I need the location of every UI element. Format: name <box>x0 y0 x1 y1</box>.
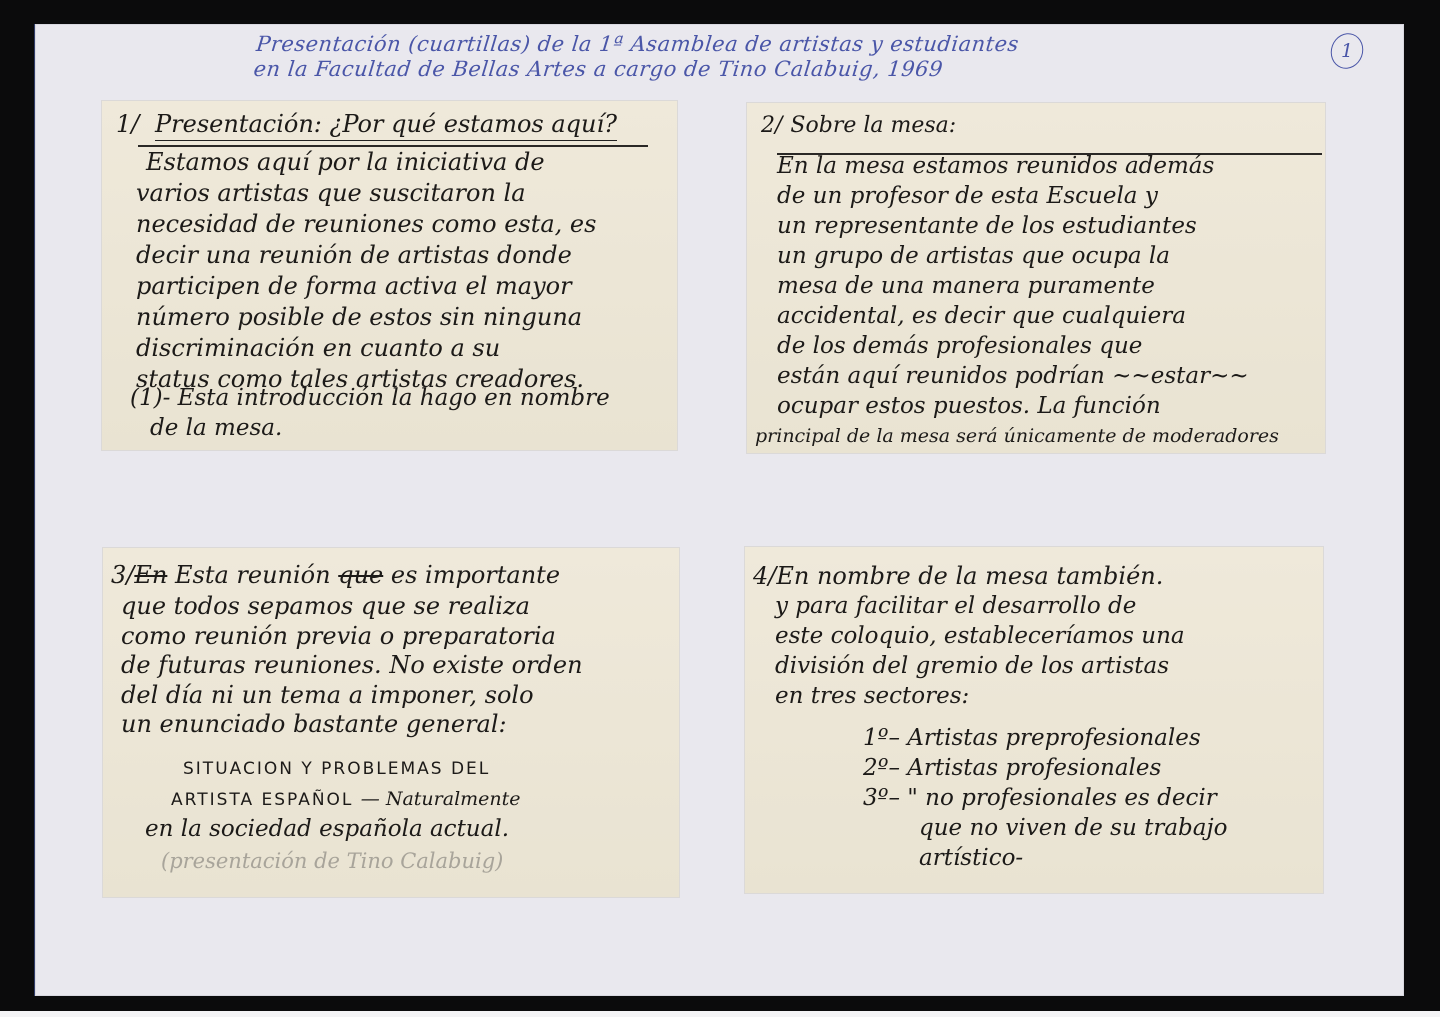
text-line: principal de la mesa será únicamente de … <box>755 421 1313 451</box>
note-card-3: 3/En Esta reunión que es importante que … <box>103 548 679 897</box>
card-footnote: (1)- Esta introducción la hago en nombre… <box>130 383 610 443</box>
card-title-tail: es importante <box>391 561 560 589</box>
archival-page: Presentación (cuartillas) de la 1ª Asamb… <box>35 24 1404 996</box>
theme-line: ARTISTA ESPAÑOL — Naturalmente <box>171 784 521 815</box>
card-heading: 2/Sobre la mesa: <box>761 109 956 143</box>
list-item-continuation: artístico- <box>863 843 1227 873</box>
bottom-edge-strip <box>0 1011 1440 1017</box>
card-number: 3/ <box>111 561 134 589</box>
text-line: de un profesor de esta Escuela y <box>777 181 1313 211</box>
theme-text: ARTISTA ESPAÑOL <box>171 790 353 810</box>
text-line: mesa de una manera puramente <box>777 271 1313 301</box>
text-line: accidental, es decir que cualquiera <box>777 301 1313 331</box>
pencil-annotation: (presentación de Tino Calabuig) <box>161 846 503 876</box>
card-title: Esta reunión <box>175 561 331 589</box>
card-heading: 4/En nombre de la mesa también. <box>753 559 1163 593</box>
card-number: 1/ <box>116 110 139 138</box>
text-line: división del gremio de los artistas <box>775 651 1311 681</box>
theme-tail: — Naturalmente <box>361 788 521 810</box>
card-heading: 1/ Presentación: ¿Por qué estamos aquí? <box>116 107 617 141</box>
text-line: número posible de estos sin ninguna <box>136 302 665 333</box>
card-body: En la mesa estamos reunidos además de un… <box>777 151 1313 451</box>
theme-line: SITUACION Y PROBLEMAS DEL <box>183 754 521 784</box>
text-line: de futuras reuniones. No existe orden <box>121 651 667 681</box>
circled-page-number: 1 <box>1326 29 1368 74</box>
note-card-2: 2/Sobre la mesa: En la mesa estamos reun… <box>747 103 1325 453</box>
text-line: este coloquio, estableceríamos una <box>775 621 1311 651</box>
text-line: discriminación en cuanto a su <box>136 333 665 364</box>
text-line: participen de forma activa el mayor <box>136 271 665 302</box>
text-line: En la mesa estamos reunidos además <box>777 151 1313 181</box>
text-line: y para facilitar el desarrollo de <box>775 591 1311 621</box>
card-title: En nombre de la mesa también. <box>776 562 1163 590</box>
text-line: como reunión previa o preparatoria <box>121 622 667 652</box>
text-line: un representante de los estudiantes <box>777 211 1313 241</box>
card-heading: 3/En Esta reunión que es importante <box>111 558 560 592</box>
header-line-1: Presentación (cuartillas) de la 1ª Asamb… <box>255 32 1238 57</box>
note-card-1: 1/ Presentación: ¿Por qué estamos aquí? … <box>102 101 677 450</box>
sector-list: 1º– Artistas preprofesionales 2º– Artist… <box>863 723 1227 873</box>
list-item: 2º– Artistas profesionales <box>863 753 1227 783</box>
text-line: un enunciado bastante general: <box>121 710 667 740</box>
capitalized-theme: SITUACION Y PROBLEMAS DEL ARTISTA ESPAÑO… <box>183 754 521 815</box>
list-item: 1º– Artistas preprofesionales <box>863 723 1227 753</box>
struck-word: que <box>338 561 383 589</box>
text-line: necesidad de reuniones como esta, es <box>136 209 665 240</box>
card-body: que todos sepamos que se realiza como re… <box>121 592 667 740</box>
header-line-2: en la Facultad de Bellas Artes a cargo d… <box>252 57 1235 82</box>
card-title: Presentación: ¿Por qué estamos aquí? <box>155 110 617 141</box>
card-number: 2/ <box>761 113 782 138</box>
text-line: ocupar estos puestos. La función <box>777 391 1313 421</box>
card-body: Estamos aquí por la iniciativa de varios… <box>136 147 665 395</box>
card-body: y para facilitar el desarrollo de este c… <box>775 591 1311 711</box>
closing-line: en la sociedad española actual. <box>145 814 509 844</box>
list-item: 3º– " no profesionales es decir <box>863 783 1227 813</box>
list-item-continuation: que no viven de su trabajo <box>863 813 1227 843</box>
footnote-line: (1)- Esta introducción la hago en nombre <box>130 383 610 413</box>
text-line: que todos sepamos que se realiza <box>121 592 667 622</box>
page-number-text: 1 <box>1341 34 1353 68</box>
text-line: del día ni un tema a imponer, solo <box>121 681 667 711</box>
text-line: un grupo de artistas que ocupa la <box>777 241 1313 271</box>
text-line: de los demás profesionales que <box>777 331 1313 361</box>
text-line: en tres sectores: <box>775 681 1311 711</box>
card-number: 4/ <box>753 562 776 590</box>
struck-word: En <box>134 561 167 589</box>
text-line: están aquí reunidos podrían ~~estar~~ <box>777 361 1313 391</box>
text-line: Estamos aquí por la iniciativa de <box>136 147 665 178</box>
footnote-line: de la mesa. <box>130 413 610 443</box>
text-line: decir una reunión de artistas donde <box>136 240 665 271</box>
header-annotation: Presentación (cuartillas) de la 1ª Asamb… <box>252 32 1237 82</box>
card-title: Sobre la mesa: <box>790 113 956 138</box>
note-card-4: 4/En nombre de la mesa también. y para f… <box>745 547 1323 893</box>
text-line: varios artistas que suscitaron la <box>136 178 665 209</box>
